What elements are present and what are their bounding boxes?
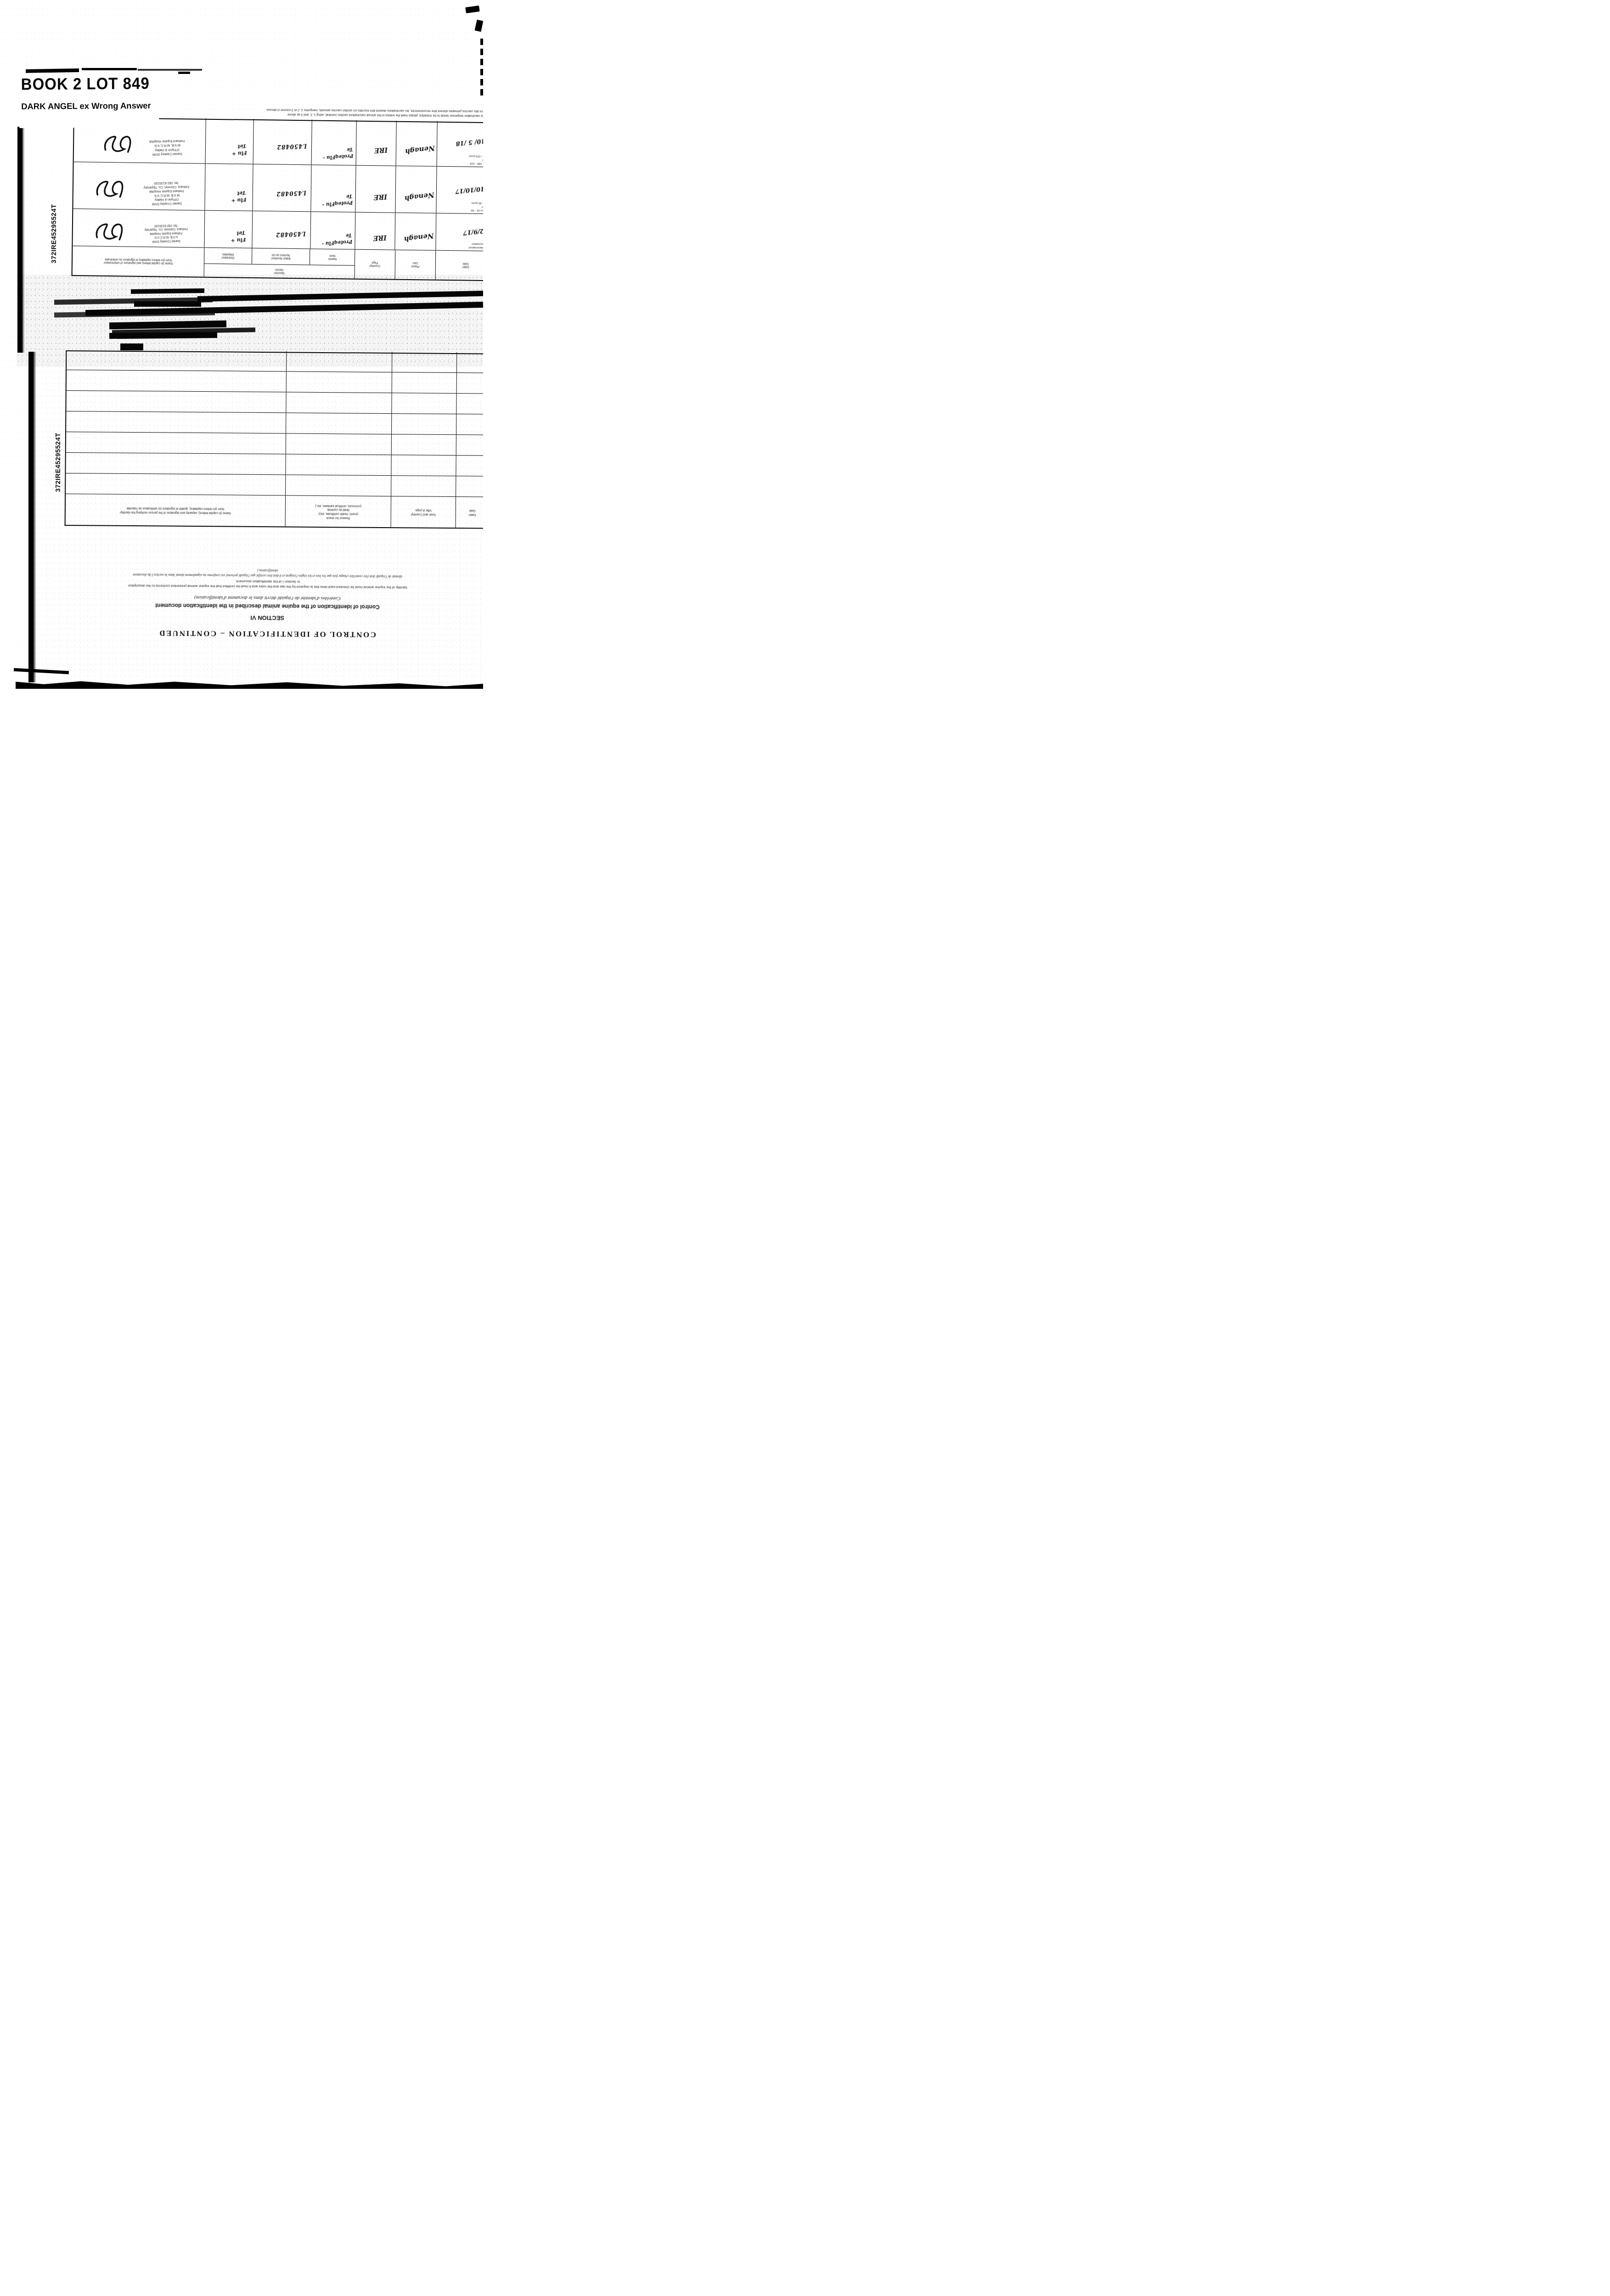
handwritten-country: IRE: [374, 192, 388, 201]
handwritten-vaccine-name: ProteqFlu - Te: [321, 192, 353, 207]
check-table-empty-row: [67, 349, 483, 373]
handwritten-batch: L450482: [276, 190, 306, 197]
scan-artifact-edge: [480, 39, 483, 98]
auction-lot-label: BOOK 2 LOT 849 DARK ANGEL ex Wrong Answe…: [19, 72, 159, 128]
header-country: Country/ Pays: [355, 250, 395, 279]
check-table-empty-row: [66, 453, 483, 476]
vet-practice-stamp: Daniel Crowley DVM O'Flynn & Halley M.V.…: [132, 180, 202, 206]
header-veterinarian: Name (in capital letters) and signature …: [73, 246, 205, 277]
header-reason-for-check: Reason for check (event, health certific…: [286, 495, 392, 527]
vaccination-row-second: 2. Between 21 - 92 days later/ Entre 21 …: [73, 162, 483, 214]
handwritten-place: Nenagh: [404, 231, 434, 243]
signature-scribble: [84, 174, 127, 201]
handwritten-date: 10/10/17: [455, 185, 483, 195]
vet-practice-stamp: Daniel Caskey DVM O'Flynn & Halley M.V.B…: [133, 138, 202, 157]
check-table-empty-row: [66, 473, 483, 497]
section-heading-fr: Contrôles d'identité de l'équidé décrit …: [47, 594, 483, 602]
scanned-sheet: BOOK 2 LOT 849 DARK ANGEL ex Wrong Answe…: [0, 0, 483, 689]
header-date: Date/ Date: [436, 251, 483, 281]
page-title: CONTROL OF IDENTIFICATION – CONTINUED: [47, 628, 483, 640]
check-table-empty-row: [67, 370, 483, 394]
handwritten-country: IRE: [373, 233, 387, 242]
vet-practice-stamp: Daniel Crowley DVM U.F.B. M.R.C.V.S Feth…: [132, 222, 201, 243]
section-body-en: identity of the equine animal must be ch…: [47, 578, 483, 591]
header-date: Date/ Date: [456, 497, 483, 528]
header-place: Place/ Lieu: [395, 250, 436, 280]
horse-name-subtitle: DARK ANGEL ex Wrong Answer: [21, 101, 159, 112]
scan-artifact-mark: [475, 20, 483, 32]
handwritten-country: IRE: [374, 146, 388, 154]
row-label: 1. Initial Vaccination/ Primo Vaccinatio…: [468, 242, 483, 249]
handwritten-diseases: Flu + Tet: [230, 229, 246, 244]
handwritten-vaccine-name: ProteqFlu - Te: [321, 231, 352, 246]
check-table-header: Date/ Date Town and Country/ Ville et pa…: [66, 494, 483, 528]
redaction-bar: [120, 343, 143, 350]
row-label: 3. Betwen 150 - 215 days later/ Entre 15…: [469, 154, 483, 165]
header-town-country: Town and Country/ Ville et pays: [391, 496, 456, 528]
section-number: SECTION VI: [47, 613, 483, 623]
passport-page-section-vi: CONTROL OF IDENTIFICATION – CONTINUED SE…: [28, 350, 483, 652]
scan-artifact-streak: [82, 68, 137, 70]
section-vi-text-block: CONTROL OF IDENTIFICATION – CONTINUED SE…: [47, 567, 483, 640]
section-body-fr: identité de l'équidé doit être contrôlée…: [47, 567, 483, 580]
book-lot-title: BOOK 2 LOT 849: [21, 74, 159, 94]
header-vaccine: Vaccine/ Vaccin: [204, 264, 355, 279]
row-label: 2. Between 21 - 92 days later/ Entre 21 …: [471, 201, 483, 212]
header-batch-number: Batch Number/ Numéro du lot: [252, 248, 310, 265]
handwritten-place: Nenagh: [404, 191, 435, 203]
check-table-empty-row: [66, 432, 483, 456]
handwritten-vaccine-name: ProteqFlu - Te: [322, 146, 353, 160]
handwritten-date: 2/9/17: [463, 227, 483, 236]
handwritten-date: 10/ 5 /18: [456, 137, 483, 147]
header-vaccine-group: Vaccine/ Vaccin Name/ Nom Batch Number/ …: [204, 248, 355, 279]
vaccination-table-header: Date/ Date Place/ Lieu Country/ Pays Vac…: [73, 246, 483, 280]
scan-artifact-streak: [178, 72, 190, 74]
handwritten-diseases: Flu + Tet: [231, 189, 247, 204]
header-diseases: Diseases/ Maladies: [204, 248, 252, 264]
redaction-bar: [134, 301, 201, 307]
handwritten-batch: L450482: [276, 231, 306, 238]
check-table-empty-row: [66, 411, 483, 435]
handwritten-place: Nenagh: [405, 144, 435, 156]
vaccination-table: Date/ Date Place/ Lieu Country/ Pays Vac…: [72, 117, 483, 281]
redaction-bar: [109, 332, 217, 339]
scan-artifact-mark: [465, 6, 480, 13]
vaccination-notes: the primary vaccination sequence needs t…: [203, 107, 483, 118]
signature-scribble: [84, 217, 126, 243]
signature-scribble: [92, 130, 135, 156]
section-heading-en: Control of identification of the equine …: [47, 602, 483, 611]
scan-artifact-streak: [138, 69, 202, 71]
handwritten-batch: L450482: [276, 143, 307, 151]
handwritten-diseases: Flu + Tet: [231, 142, 248, 157]
identification-check-table: Date/ Date Town and Country/ Ville et pa…: [65, 350, 483, 529]
header-vaccine-name: Name/ Nom: [310, 249, 355, 265]
check-table-empty-row: [66, 391, 483, 414]
header-verifier: Name (in capital letters), capacity and …: [66, 494, 286, 526]
vaccination-row-initial: 1. Initial Vaccination/ Primo Vaccinatio…: [73, 209, 483, 251]
